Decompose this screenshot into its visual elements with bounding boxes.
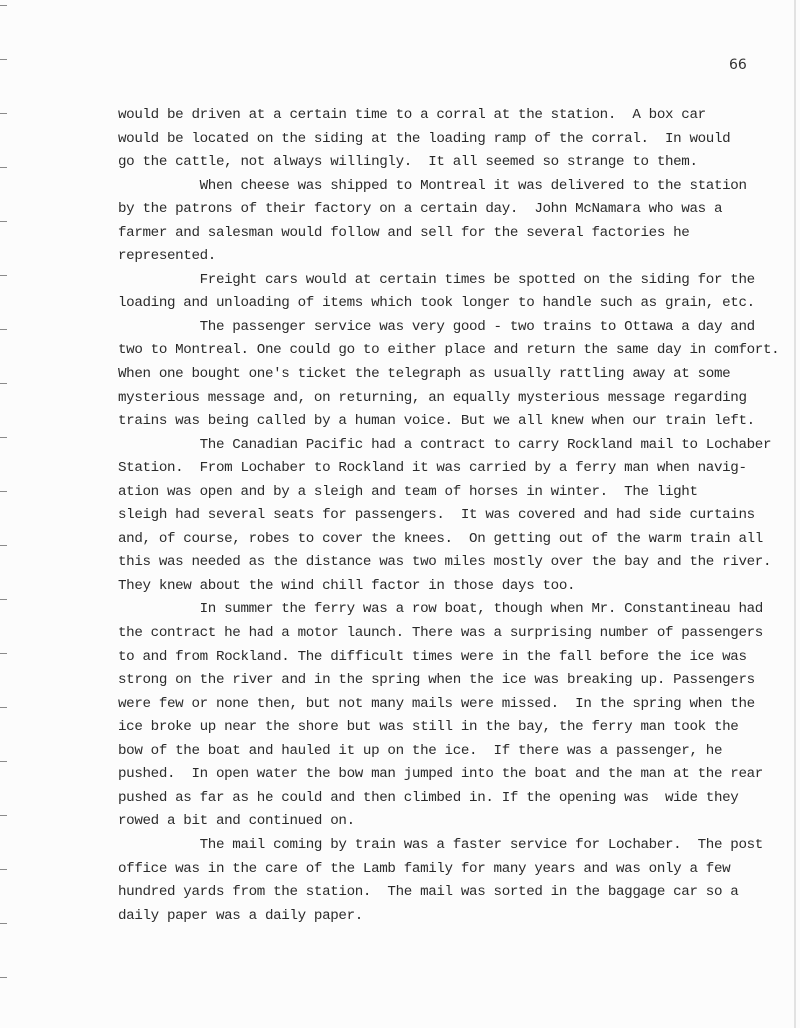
margin-tick [0, 869, 7, 870]
margin-tick [0, 221, 7, 222]
text-line: would be located on the siding at the lo… [118, 128, 798, 152]
margin-tick [0, 599, 7, 600]
text-line: and, of course, robes to cover the knees… [118, 528, 798, 552]
text-line: ation was open and by a sleigh and team … [118, 481, 798, 505]
margin-tick [0, 815, 7, 816]
margin-tick [0, 761, 7, 762]
margin-tick [0, 167, 7, 168]
text-line: farmer and salesman would follow and sel… [118, 222, 798, 246]
margin-tick [0, 113, 7, 114]
text-line: In summer the ferry was a row boat, thou… [118, 598, 798, 622]
text-line: pushed. In open water the bow man jumped… [118, 763, 798, 787]
text-line: strong on the river and in the spring wh… [118, 669, 798, 693]
margin-tick [0, 923, 7, 924]
page-number: 66 [729, 57, 747, 73]
margin-tick [0, 59, 7, 60]
margin-tick [0, 329, 7, 330]
text-line: hundred yards from the station. The mail… [118, 881, 798, 905]
text-line: the contract he had a motor launch. Ther… [118, 622, 798, 646]
text-line: ice broke up near the shore but was stil… [118, 716, 798, 740]
text-line: The mail coming by train was a faster se… [118, 834, 798, 858]
text-line: trains was being called by a human voice… [118, 410, 798, 434]
margin-tick [0, 977, 7, 978]
document-body: would be driven at a certain time to a c… [118, 104, 798, 928]
text-line: by the patrons of their factory on a cer… [118, 198, 798, 222]
margin-tick [0, 653, 7, 654]
margin-tick [0, 491, 7, 492]
text-line: When one bought one's ticket the telegra… [118, 363, 798, 387]
margin-tick [0, 383, 7, 384]
margin-tick [0, 275, 7, 276]
margin-tick [0, 707, 7, 708]
text-line: daily paper was a daily paper. [118, 905, 798, 929]
text-line: office was in the care of the Lamb famil… [118, 858, 798, 882]
margin-tick [0, 437, 7, 438]
text-line: The Canadian Pacific had a contract to c… [118, 434, 798, 458]
text-line: Freight cars would at certain times be s… [118, 269, 798, 293]
text-line: would be driven at a certain time to a c… [118, 104, 798, 128]
text-line: Station. From Lochaber to Rockland it wa… [118, 457, 798, 481]
text-line: go the cattle, not always willingly. It … [118, 151, 798, 175]
text-line: mysterious message and, on returning, an… [118, 387, 798, 411]
margin-tick [0, 545, 7, 546]
text-line: two to Montreal. One could go to either … [118, 339, 798, 363]
text-line: loading and unloading of items which too… [118, 292, 798, 316]
text-line: sleigh had several seats for passengers.… [118, 504, 798, 528]
text-line: When cheese was shipped to Montreal it w… [118, 175, 798, 199]
text-line: The passenger service was very good - tw… [118, 316, 798, 340]
text-line: rowed a bit and continued on. [118, 810, 798, 834]
margin-tick [0, 5, 7, 6]
text-line: this was needed as the distance was two … [118, 551, 798, 575]
text-line: They knew about the wind chill factor in… [118, 575, 798, 599]
text-line: were few or none then, but not many mail… [118, 693, 798, 717]
text-line: to and from Rockland. The difficult time… [118, 646, 798, 670]
text-line: pushed as far as he could and then climb… [118, 787, 798, 811]
text-line: represented. [118, 245, 798, 269]
text-line: bow of the boat and hauled it up on the … [118, 740, 798, 764]
